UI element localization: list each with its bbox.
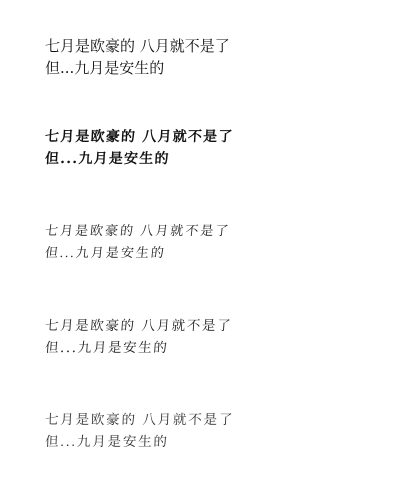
text-sample-handwritten-cursive: 七月是欧豪的 八月就不是了 但...九月是安生的 [45,315,365,359]
sample-line-1: 七月是欧豪的 八月就不是了 [44,220,366,242]
sample-line-1: 七月是欧豪的 八月就不是了 [44,315,366,337]
sample-line-2: 但...九月是安生的 [45,431,366,453]
text-sample-handwritten-bold: 七月是欧豪的 八月就不是了 但...九月是安生的 [45,126,365,170]
sample-line-1: 七月是欧豪的 八月就不是了 [45,35,365,57]
text-sample-standard: 七月是欧豪的 八月就不是了 但...九月是安生的 [45,35,365,79]
text-sample-handwritten-calligraphic: 七月是欧豪的 八月就不是了 但...九月是安生的 [45,220,365,264]
sample-line-2: 但...九月是安生的 [44,242,366,264]
text-sample-handwritten-thin: 七月是欧豪的 八月就不是了 但...九月是安生的 [45,409,365,453]
sample-line-1: 七月是欧豪的 八月就不是了 [45,409,366,431]
sample-line-1: 七月是欧豪的 八月就不是了 [44,126,365,148]
sample-line-2: 但...九月是安生的 [44,337,366,359]
sample-line-2: 但...九月是安生的 [45,57,365,79]
sample-line-2: 但...九月是安生的 [44,148,365,170]
